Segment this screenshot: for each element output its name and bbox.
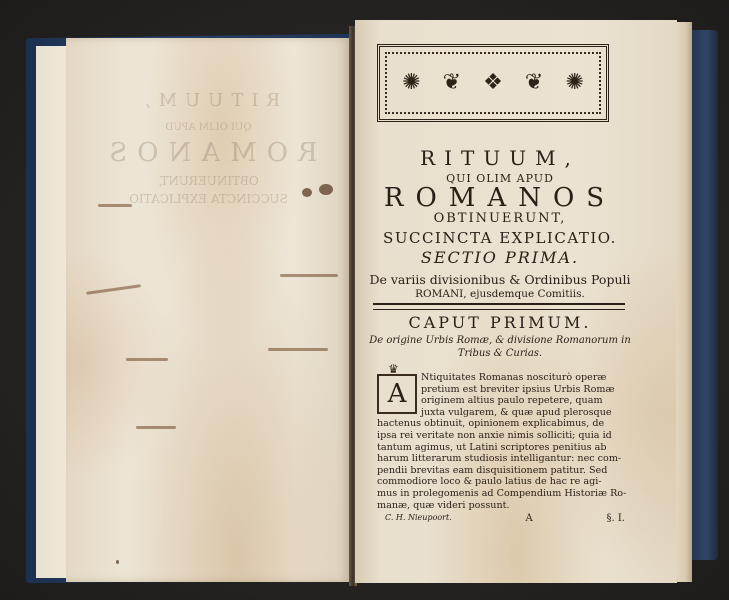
body-line: commodiore loco & paulo latius de hac re… xyxy=(377,476,631,488)
body-line: ipsa rei veritate non anxie nimis sollic… xyxy=(377,430,631,442)
handwritten-mark xyxy=(268,348,328,351)
bird-ornament-icon: ❦ xyxy=(443,72,461,94)
chapter-subtitle-2: Tribus & Curias. xyxy=(355,348,645,359)
chapter-subtitle-1: De origine Urbis Romæ, & divisione Roman… xyxy=(355,335,645,346)
body-line: originem altius paulo repetere, quam xyxy=(377,395,631,407)
bird-ornament-icon: ❦ xyxy=(525,72,543,94)
right-page: ✺ ❦ ❖ ❦ ✺ RITUUM, QUI OLIM APUD ROMANOS … xyxy=(355,20,677,583)
title-line-succincta: SUCCINCTA EXPLICATIO. xyxy=(355,229,645,247)
ink-stain xyxy=(116,560,119,564)
body-line: pretium est breviter ipsius Urbis Romæ xyxy=(377,384,631,396)
book-cover-right-edge xyxy=(690,30,718,560)
sun-ornament-icon: ✺ xyxy=(565,72,583,94)
body-line: juxta vulgarem, & quæ apud plerosque xyxy=(377,407,631,419)
section-heading: SECTIO PRIMA. xyxy=(355,248,645,267)
body-line: Ntiquitates Romanas nosciturò operæ xyxy=(377,372,631,384)
body-line: pendii brevitas eam disquisitionem patit… xyxy=(377,465,631,477)
title-line-ritum: RITUUM, xyxy=(355,146,645,170)
title-line-romanos: ROMANOS xyxy=(355,183,645,213)
section-subtitle-2: ROMANI, ejusdemque Comitiis. xyxy=(355,288,645,300)
left-page: RITUUM, QUI OLIM APUD ROMANOS OBTINUERUN… xyxy=(66,38,351,582)
body-line: hactenus obtinuit, opinionem explicabimu… xyxy=(377,418,631,430)
body-paragraph: Ntiquitates Romanas nosciturò operæ pret… xyxy=(377,372,631,511)
handwritten-mark xyxy=(136,426,176,429)
page-edges-right xyxy=(676,22,692,582)
title-line-obtinuerunt: OBTINUERUNT, xyxy=(355,211,645,226)
double-rule-divider xyxy=(373,303,625,310)
page-footer: C. H. Nieupoort. A §. I. xyxy=(385,513,625,524)
diamond-ornament-icon: ❖ xyxy=(483,72,503,94)
printer-name: C. H. Nieupoort. xyxy=(385,513,452,524)
handwritten-mark xyxy=(280,274,338,277)
body-line: harum litterarum studiosis intelligantur… xyxy=(377,453,631,465)
ghost-text-romanos: ROMANOS xyxy=(66,138,351,168)
ghost-text-obtinuerunt: OBTINUERUNT, xyxy=(66,174,351,188)
section-mark: §. I. xyxy=(607,513,626,524)
signature-mark: A xyxy=(526,513,533,524)
ink-stain xyxy=(302,188,312,197)
body-line: manæ, quæ videri possunt. xyxy=(377,500,631,512)
body-line: tantum agimus, ut Latini scriptores peni… xyxy=(377,442,631,454)
handwritten-mark xyxy=(98,204,132,207)
sun-ornament-icon: ✺ xyxy=(402,72,420,94)
body-line: mus in prolegomenis ad Compendium Histor… xyxy=(377,488,631,500)
handwritten-mark xyxy=(126,358,168,361)
ghost-text-ritum: RITUUM, xyxy=(66,90,351,111)
section-subtitle-1: De variis divisionibus & Ordinibus Popul… xyxy=(355,272,645,287)
ink-stain xyxy=(319,184,333,195)
chapter-heading: CAPUT PRIMUM. xyxy=(355,313,645,332)
handwritten-mark xyxy=(86,284,141,295)
ghost-text-qui: QUI OLIM APUD xyxy=(66,122,351,133)
headpiece-ornament: ✺ ❦ ❖ ❦ ✺ xyxy=(377,44,609,122)
